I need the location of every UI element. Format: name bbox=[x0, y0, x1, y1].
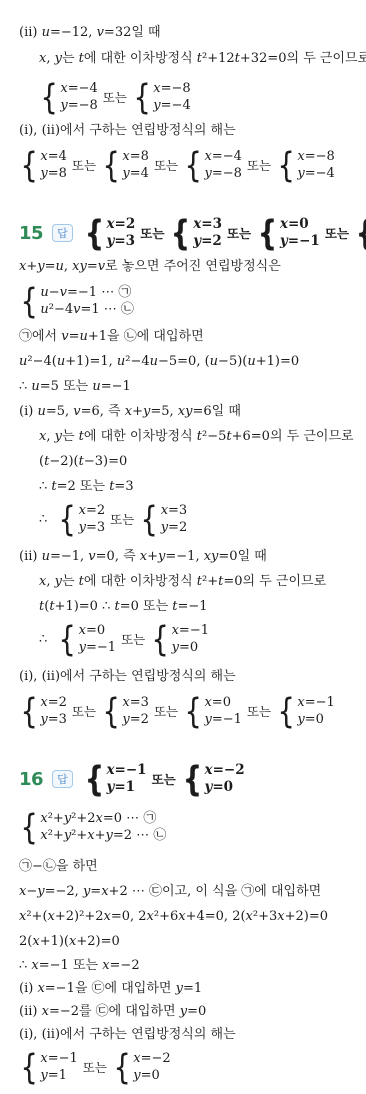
system-equation-line: y=2 bbox=[193, 233, 222, 250]
or-label: 또는 bbox=[247, 702, 271, 720]
system-equation-line: x=0 bbox=[204, 694, 241, 711]
solution-line: (ⅰ), (ⅱ)에서 구하는 연립방정식의 해는 bbox=[19, 1026, 360, 1044]
equation-row: {x=−4y=−8또는{x=−8y=−4 bbox=[39, 78, 360, 116]
solution-line: (ⅰ) u=5, v=6, 즉 x+y=5, xy=6일 때 bbox=[19, 403, 360, 421]
solution-line: (ⅰ), (ⅱ)에서 구하는 연립방정식의 해는 bbox=[19, 668, 360, 686]
or-label: 또는 bbox=[140, 224, 164, 242]
or-label: 또는 bbox=[83, 1058, 107, 1076]
equation-system: {x=0y=−1 bbox=[183, 694, 242, 728]
system-equations: x=4y=8 bbox=[40, 148, 67, 182]
solution-line: 2(x+1)(x+2)=0 bbox=[19, 933, 360, 951]
system-equation-line: x=−4 bbox=[60, 80, 97, 97]
solution-line: (ⅱ) x=−2를 ㉢에 대입하면 y=0 bbox=[19, 1003, 360, 1021]
equation-row: {x=4y=8또는{x=8y=4또는{x=−4y=−8또는{x=−8y=−4 bbox=[19, 146, 360, 184]
or-label: 또는 bbox=[103, 88, 127, 106]
left-brace: { bbox=[21, 1050, 38, 1085]
system-equation-line: y=0 bbox=[205, 779, 245, 796]
answer-badge: 답 bbox=[52, 224, 73, 242]
system-equation-line: y=3 bbox=[79, 519, 106, 536]
left-brace: { bbox=[278, 148, 295, 183]
system-equation-line: x=−1 bbox=[106, 762, 146, 779]
left-brace: { bbox=[21, 148, 38, 183]
system-equation-line: y=8 bbox=[40, 165, 67, 182]
left-brace: { bbox=[185, 694, 202, 729]
solution-line: ∴ t=2 또는 t=3 bbox=[39, 478, 360, 496]
system-equation-line: y=2 bbox=[161, 519, 188, 536]
left-brace: { bbox=[185, 148, 202, 183]
left-brace: { bbox=[84, 216, 103, 251]
system-equation-line: y=0 bbox=[297, 711, 334, 728]
system-equation-line: y=−4 bbox=[297, 165, 334, 182]
equation-system: {x=−4y=−8 bbox=[39, 80, 98, 114]
equation-system: {x=2y=3 bbox=[83, 216, 136, 250]
or-label: 또는 bbox=[227, 224, 251, 242]
or-label: 또는 bbox=[154, 156, 178, 174]
equation-system: {x=−1y=0 bbox=[150, 622, 209, 656]
equation-row: {x=2y=3또는{x=3y=2또는{x=0y=−1또는{x=−1y=0 bbox=[19, 692, 360, 730]
system-equations: x=2y=3 bbox=[106, 216, 135, 250]
left-brace: { bbox=[171, 216, 190, 251]
system-equations: x=3y=2 bbox=[122, 694, 149, 728]
equation-system: {x=−2y=0 bbox=[181, 762, 245, 796]
left-brace: { bbox=[103, 148, 120, 183]
or-label: 또는 bbox=[121, 630, 145, 648]
system-equations: x=−8y=−4 bbox=[153, 80, 190, 114]
solution-line: (ⅱ) u=−12, v=32일 때 bbox=[19, 24, 360, 42]
equation-system: {x=2y=3 bbox=[19, 694, 67, 728]
equation-system: {x=−2y=0 bbox=[112, 1050, 171, 1084]
left-brace: { bbox=[141, 502, 158, 537]
solution-line: (t−2)(t−3)=0 bbox=[39, 453, 360, 471]
system-equations: x=−4y=−8 bbox=[204, 148, 241, 182]
system-equations: x=−1y=0 bbox=[172, 622, 209, 656]
system-equation-line: x=−1 bbox=[40, 1050, 77, 1067]
answer-badge: 답 bbox=[52, 770, 73, 788]
system-equation-line: x²+y²+x+y=2 ⋯ ㉡ bbox=[40, 827, 166, 844]
solution-line: ㉠에서 v=u+1을 ㉡에 대입하면 bbox=[19, 328, 360, 346]
solution-line: x−y=−2, y=x+2 ⋯ ㉢이고, 이 식을 ㉠에 대입하면 bbox=[19, 883, 360, 901]
system-equation-line: y=−1 bbox=[280, 233, 320, 250]
system-equation-line: x=2 bbox=[106, 216, 135, 233]
system-equation-line: x=0 bbox=[79, 622, 116, 639]
system-equation-line: x=8 bbox=[122, 148, 149, 165]
system-equation-line: y=4 bbox=[122, 165, 149, 182]
problem-number: 15 bbox=[19, 223, 43, 244]
equation-system: {x²+y²+2x=0 ⋯ ㉠x²+y²+x+y=2 ⋯ ㉡ bbox=[19, 810, 166, 844]
system-equation-line: x=−2 bbox=[205, 762, 245, 779]
or-label: 또는 bbox=[110, 510, 134, 528]
or-label: 또는 bbox=[152, 770, 176, 788]
system-equation-line: y=0 bbox=[133, 1067, 170, 1084]
equation-system: {x=3y=2 bbox=[169, 216, 222, 250]
solution-line: x, y는 t에 대한 이차방정식 t²+t=0의 두 근이므로 bbox=[39, 573, 360, 591]
system-equation-line: x²+y²+2x=0 ⋯ ㉠ bbox=[40, 810, 166, 827]
problem-header: 15답{x=2y=3또는{x=3y=2또는{x=0y=−1또는{x=−1y=0 bbox=[19, 212, 360, 254]
system-equation-line: x=−1 bbox=[172, 622, 209, 639]
equation-row: ∴{x=0y=−1또는{x=−1y=0 bbox=[39, 620, 360, 658]
left-brace: { bbox=[258, 216, 277, 251]
left-brace: { bbox=[113, 1050, 130, 1085]
left-brace: { bbox=[59, 502, 76, 537]
or-label: 또는 bbox=[325, 224, 349, 242]
system-equation-line: x=2 bbox=[40, 694, 67, 711]
system-equation-line: y=−1 bbox=[79, 639, 116, 656]
left-brace: { bbox=[133, 80, 150, 115]
equation-row: ∴{x=2y=3또는{x=3y=2 bbox=[39, 500, 360, 538]
system-equations: x=0y=−1 bbox=[79, 622, 116, 656]
system-equation-line: x=−2 bbox=[133, 1050, 170, 1067]
system-equation-line: x=0 bbox=[280, 216, 320, 233]
system-equation-line: y=1 bbox=[40, 1067, 77, 1084]
system-equation-line: y=−4 bbox=[153, 97, 190, 114]
solution-line: ㉠−㉡을 하면 bbox=[19, 858, 360, 876]
system-equation-line: x=−1 bbox=[297, 694, 334, 711]
system-equation-line: u−v=−1 ⋯ ㉠ bbox=[40, 284, 134, 301]
system-equations: u−v=−1 ⋯ ㉠u²−4v=1 ⋯ ㉡ bbox=[40, 284, 134, 318]
system-equation-line: y=2 bbox=[122, 711, 149, 728]
system-equations: x=−1y=0 bbox=[297, 694, 334, 728]
solution-line: u²−4(u+1)=1, u²−4u−5=0, (u−5)(u+1)=0 bbox=[19, 353, 360, 371]
equation-system: {x=−1y=0 bbox=[276, 694, 335, 728]
left-brace: { bbox=[182, 762, 201, 797]
equation-system: {x=−8y=−4 bbox=[276, 148, 335, 182]
left-brace: { bbox=[356, 216, 366, 251]
system-equations: x=8y=4 bbox=[122, 148, 149, 182]
solution-line: x²+(x+2)²+2x=0, 2x²+6x+4=0, 2(x²+3x+2)=0 bbox=[19, 908, 360, 926]
system-equation-line: x=−8 bbox=[297, 148, 334, 165]
system-equations: x=2y=3 bbox=[40, 694, 67, 728]
system-equation-line: y=3 bbox=[106, 233, 135, 250]
solution-line: x, y는 t에 대한 이차방정식 t²−5t+6=0의 두 근이므로 bbox=[39, 428, 360, 446]
equation-system: {x=−1y=1 bbox=[19, 1050, 78, 1084]
equation-system: {x=8y=4 bbox=[101, 148, 149, 182]
system-equations: x=3y=2 bbox=[161, 502, 188, 536]
left-brace: { bbox=[21, 284, 38, 319]
solution-line: ∴ x=−1 또는 x=−2 bbox=[19, 957, 360, 975]
system-equations: x=−4y=−8 bbox=[60, 80, 97, 114]
system-equation-line: x=2 bbox=[79, 502, 106, 519]
therefore-symbol: ∴ bbox=[39, 512, 47, 527]
or-label: 또는 bbox=[247, 156, 271, 174]
equation-system: {x=−1y=0 bbox=[354, 216, 366, 250]
left-brace: { bbox=[59, 622, 76, 657]
solution-line: x+y=u, xy=v로 놓으면 주어진 연립방정식은 bbox=[19, 258, 360, 276]
system-equation-line: x=−8 bbox=[153, 80, 190, 97]
system-equations: x=3y=2 bbox=[193, 216, 222, 250]
or-label: 또는 bbox=[154, 702, 178, 720]
problem-header: 16답{x=−1y=1또는{x=−2y=0 bbox=[19, 758, 360, 800]
system-equations: x=−2y=0 bbox=[205, 762, 245, 796]
solution-line: (ⅰ), (ⅱ)에서 구하는 연립방정식의 해는 bbox=[19, 122, 360, 140]
page: (ⅱ) u=−12, v=32일 때x, y는 t에 대한 이차방정식 t²+1… bbox=[0, 24, 366, 1086]
left-brace: { bbox=[21, 810, 38, 845]
left-brace: { bbox=[278, 694, 295, 729]
solution-line: (ⅰ) x=−1을 ㉢에 대입하면 y=1 bbox=[19, 980, 360, 998]
equation-row: {u−v=−1 ⋯ ㉠u²−4v=1 ⋯ ㉡ bbox=[19, 282, 360, 320]
left-brace: { bbox=[152, 622, 169, 657]
problem-number: 16 bbox=[19, 769, 43, 790]
solution-line: (ⅱ) u=−1, v=0, 즉 x+y=−1, xy=0일 때 bbox=[19, 548, 360, 566]
system-equation-line: y=0 bbox=[172, 639, 209, 656]
system-equation-line: u²−4v=1 ⋯ ㉡ bbox=[40, 301, 134, 318]
system-equation-line: x=3 bbox=[193, 216, 222, 233]
equation-system: {x=3y=2 bbox=[101, 694, 149, 728]
system-equation-line: x=4 bbox=[40, 148, 67, 165]
equation-system: {x=−4y=−8 bbox=[183, 148, 242, 182]
system-equation-line: y=3 bbox=[40, 711, 67, 728]
equation-system: {x=0y=−1 bbox=[57, 622, 116, 656]
system-equations: x=2y=3 bbox=[79, 502, 106, 536]
equation-system: {x=3y=2 bbox=[139, 502, 187, 536]
or-label: 또는 bbox=[72, 156, 96, 174]
system-equations: x=−2y=0 bbox=[133, 1050, 170, 1084]
solution-line: ∴ u=5 또는 u=−1 bbox=[19, 378, 360, 396]
solution-line: x, y는 t에 대한 이차방정식 t²+12t+32=0의 두 근이므로 bbox=[39, 50, 360, 68]
system-equations: x=−8y=−4 bbox=[297, 148, 334, 182]
system-equation-line: y=1 bbox=[106, 779, 146, 796]
equation-system: {x=2y=3 bbox=[57, 502, 105, 536]
equation-system: {x=4y=8 bbox=[19, 148, 67, 182]
system-equations: x=0y=−1 bbox=[204, 694, 241, 728]
system-equation-line: y=−8 bbox=[204, 165, 241, 182]
equation-system: {x=0y=−1 bbox=[256, 216, 320, 250]
system-equation-line: x=3 bbox=[122, 694, 149, 711]
therefore-symbol: ∴ bbox=[39, 632, 47, 647]
equation-row: {x²+y²+2x=0 ⋯ ㉠x²+y²+x+y=2 ⋯ ㉡ bbox=[19, 808, 360, 846]
or-label: 또는 bbox=[72, 702, 96, 720]
system-equation-line: y=−8 bbox=[60, 97, 97, 114]
solution-line: t(t+1)=0 ∴ t=0 또는 t=−1 bbox=[39, 598, 360, 616]
system-equation-line: y=−1 bbox=[204, 711, 241, 728]
equation-system: {u−v=−1 ⋯ ㉠u²−4v=1 ⋯ ㉡ bbox=[19, 284, 134, 318]
system-equations: x²+y²+2x=0 ⋯ ㉠x²+y²+x+y=2 ⋯ ㉡ bbox=[40, 810, 166, 844]
equation-row: {x=−1y=1또는{x=−2y=0 bbox=[19, 1048, 360, 1086]
equation-system: {x=−8y=−4 bbox=[132, 80, 191, 114]
left-brace: { bbox=[21, 694, 38, 729]
equation-system: {x=−1y=1 bbox=[83, 762, 147, 796]
left-brace: { bbox=[41, 80, 58, 115]
left-brace: { bbox=[103, 694, 120, 729]
system-equations: x=−1y=1 bbox=[106, 762, 146, 796]
system-equation-line: x=−4 bbox=[204, 148, 241, 165]
system-equations: x=−1y=1 bbox=[40, 1050, 77, 1084]
solution-content: (ⅱ) u=−12, v=32일 때x, y는 t에 대한 이차방정식 t²+1… bbox=[0, 24, 366, 1086]
left-brace: { bbox=[84, 762, 103, 797]
system-equations: x=0y=−1 bbox=[280, 216, 320, 250]
system-equation-line: x=3 bbox=[161, 502, 188, 519]
